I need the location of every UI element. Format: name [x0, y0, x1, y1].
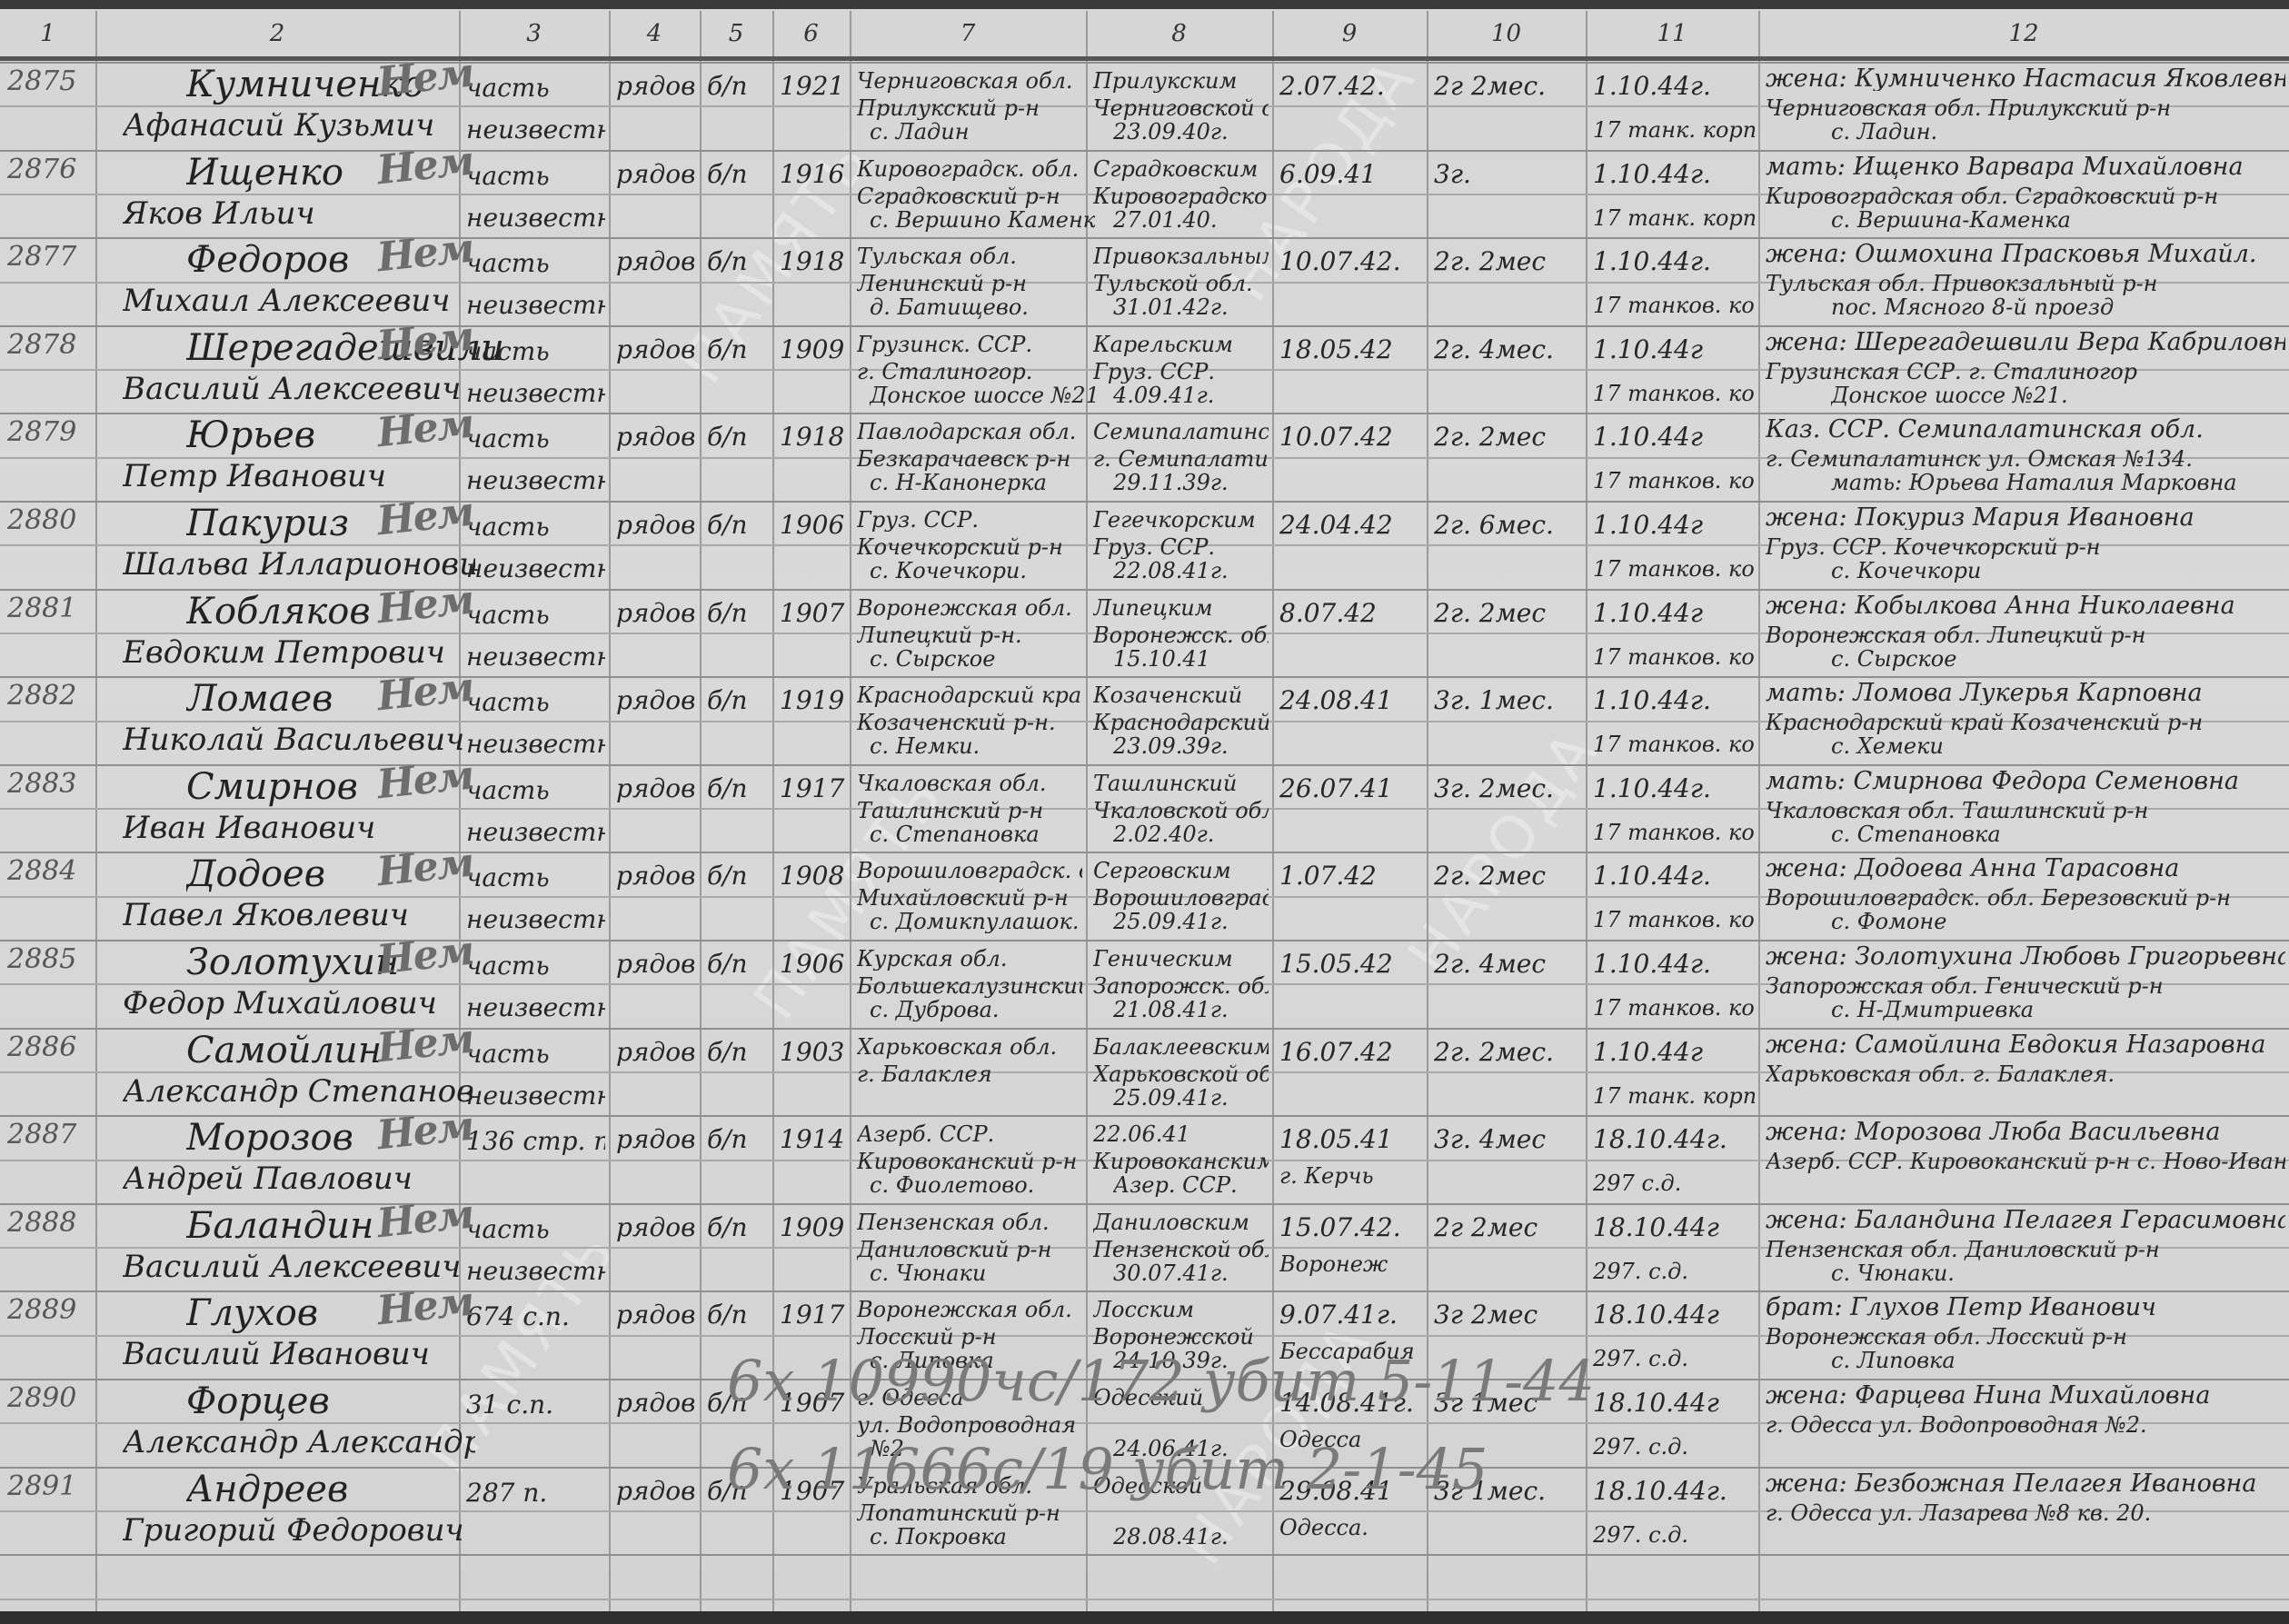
unit: часть	[466, 1039, 605, 1069]
year: 1906.	[780, 949, 846, 979]
given: Григорий Федорович	[123, 1512, 475, 1549]
stamp-mark: Нем	[375, 1015, 475, 1071]
missing-date: 10.07.42	[1279, 422, 1423, 452]
column-number: 12	[1758, 20, 2289, 47]
party: б/п	[707, 159, 769, 189]
family: с. Вершина-Каменка	[1831, 208, 2289, 232]
year: 1907	[780, 598, 846, 628]
num: 2888	[7, 1207, 92, 1239]
drafted: Серговским	[1093, 859, 1269, 882]
unit2: неизвестн.	[466, 1081, 605, 1111]
missing-date: 18.05.41	[1279, 1124, 1423, 1154]
rank: рядов.	[616, 422, 696, 452]
num: 2881	[7, 593, 92, 624]
unit2: неизвестн.	[466, 290, 605, 320]
date-notice: 1.10.44г.	[1593, 71, 1755, 101]
birthplace: с. Ладин	[870, 120, 1095, 144]
family: брат: Глухов Петр Иванович	[1766, 1296, 2285, 1320]
drafted: Груз. ССР.	[1093, 360, 1269, 384]
notice-unit: 297 с.д.	[1593, 1171, 1755, 1195]
table-row: 2887МорозовАндрей Павлович136 стр. п.ряд…	[0, 1115, 2289, 1203]
year: 1919.	[780, 685, 846, 715]
drafted: 23.09.39г.	[1113, 734, 1289, 758]
notice-unit: 17 танков. корпус	[1593, 382, 1755, 405]
birthplace: Пензенская обл.	[857, 1211, 1082, 1234]
drafted: Тульской обл.	[1093, 272, 1269, 295]
party: б/п	[707, 1037, 769, 1067]
drafted: Запорожск. обл.	[1093, 974, 1269, 998]
rank: рядов.	[616, 159, 696, 189]
column-number: 5	[700, 20, 772, 47]
family: с. Хемеки	[1831, 734, 2289, 758]
missing-place: Воронеж	[1279, 1252, 1423, 1276]
unit: часть	[466, 951, 605, 981]
family: с. Н-Дмитриевка	[1831, 998, 2289, 1021]
notice-unit: 297. с.д.	[1593, 1435, 1755, 1459]
drafted: Краснодарский кр.	[1093, 711, 1269, 734]
no-letters: 2г. 4мес	[1434, 949, 1582, 979]
birthplace: г. Балаклея	[857, 1062, 1082, 1086]
notice-unit: 17 танков. корп.	[1593, 294, 1755, 317]
family: жена: Безбожная Пелагея Ивановна	[1766, 1472, 2285, 1496]
missing-date: 24.04.42	[1279, 510, 1423, 540]
family: жена: Фарцева Нина Михайловна	[1766, 1384, 2285, 1408]
column-number: 4	[609, 20, 700, 47]
family: Пензенская обл. Даниловский р-н	[1766, 1238, 2285, 1261]
given: Николай Васильевич	[123, 722, 475, 758]
party: б/п	[707, 949, 769, 979]
birthplace: Кочечкорский р-н	[857, 535, 1082, 559]
date-notice: 18.10.44г	[1593, 1212, 1755, 1242]
stamp-mark: Нем	[375, 137, 475, 194]
notice-unit: 17 танков. корп.	[1593, 821, 1755, 844]
pencil-annotation: 6х 11666с/19 убит 2-1-45	[727, 1436, 1488, 1502]
party: б/п	[707, 334, 769, 364]
birthplace: Большекалузинский р-н	[857, 974, 1082, 998]
unit: 136 стр. п.	[466, 1126, 605, 1156]
given: Василий Алексеевич	[123, 1249, 475, 1285]
no-letters: 3г. 1мес.	[1434, 685, 1582, 715]
drafted: Даниловским	[1093, 1211, 1269, 1234]
rank: рядов.	[616, 773, 696, 803]
no-letters: 3г 2мес	[1434, 1300, 1582, 1330]
missing-date: 9.07.41г.	[1279, 1300, 1423, 1330]
drafted: 23.09.40г.	[1113, 120, 1289, 144]
num: 2876	[7, 154, 92, 185]
no-letters: 3г. 2мес.	[1434, 773, 1582, 803]
birthplace: Груз. ССР.	[857, 508, 1082, 532]
missing-date: 8.07.42	[1279, 598, 1423, 628]
birthplace: с. Домикпулашок.	[870, 910, 1095, 933]
birthplace: Тульская обл.	[857, 244, 1082, 268]
birthplace: Лопатинский р-н	[857, 1501, 1082, 1525]
family: жена: Покуриз Мария Ивановна	[1766, 506, 2285, 530]
unit: часть	[466, 423, 605, 453]
table-row: 2881КобляковЕвдоким Петровиччастьнеизвес…	[0, 589, 2289, 677]
drafted: 21.08.41г.	[1113, 998, 1289, 1021]
year: 1909.	[780, 334, 846, 364]
given: Федор Михайлович	[123, 985, 475, 1021]
pencil-annotation: 6х 10990чс/172 убит 5-11-44	[727, 1348, 1595, 1414]
party: б/п	[707, 1124, 769, 1154]
family: Воронежская обл. Липецкий р-н	[1766, 623, 2285, 647]
birthplace: с. Покровка	[870, 1525, 1095, 1549]
given: Александр Александров.	[123, 1424, 475, 1460]
birthplace: Краснодарский край	[857, 683, 1082, 707]
family: жена: Шерегадешвили Вера Кабриловна	[1766, 331, 2285, 354]
drafted: Геническим	[1093, 947, 1269, 971]
stamp-mark: Нем	[375, 752, 475, 808]
drafted: Липецким	[1093, 596, 1269, 620]
subrow-divider	[0, 1599, 2289, 1600]
unit: 287 п.	[466, 1478, 605, 1508]
birthplace: с. Степановка	[870, 822, 1095, 846]
birthplace: с. Вершино Каменка	[870, 208, 1095, 232]
table-row: 2879ЮрьевПетр Ивановиччастьнеизвестн.ряд…	[0, 413, 2289, 501]
birthplace: Черниговская обл.	[857, 69, 1082, 93]
family: Чкаловская обл. Ташлинский р-н	[1766, 799, 2285, 822]
unit: часть	[466, 248, 605, 278]
birthplace: Лосский р-н	[857, 1325, 1082, 1349]
family: Кировоградская обл. Сградковский р-н	[1766, 184, 2285, 208]
drafted: Сградковским	[1093, 157, 1269, 181]
birthplace: Харьковская обл.	[857, 1035, 1082, 1059]
table-row: 2888БаландинВасилий Алексеевиччастьнеизв…	[0, 1203, 2289, 1291]
party: б/п	[707, 246, 769, 276]
notice-unit: 17 танков. корп.	[1593, 732, 1755, 756]
family: жена: Ошмохина Прасковья Михайл.	[1766, 243, 2285, 266]
notice-unit: 297. с.д.	[1593, 1260, 1755, 1283]
given: Петр Иванович	[123, 458, 475, 494]
drafted: 22.06.41	[1093, 1122, 1269, 1146]
given: Шальва Илларионович	[123, 546, 475, 583]
birthplace: Прилукский р-н	[857, 96, 1082, 120]
missing-date: 10.07.42.	[1279, 246, 1423, 276]
drafted: Семипалатинск.	[1093, 420, 1269, 443]
year: 1918	[780, 246, 846, 276]
drafted: Козаченский	[1093, 683, 1269, 707]
no-letters: 2г. 2мес	[1434, 246, 1582, 276]
family: мать: Смирнова Федора Семеновна	[1766, 770, 2285, 793]
no-letters: 2г. 4мес.	[1434, 334, 1582, 364]
birthplace: г. Сталиногор.	[857, 360, 1082, 384]
drafted: 29.11.39г.	[1113, 471, 1289, 494]
drafted: Пензенской обл.	[1093, 1238, 1269, 1261]
birthplace: с. Немки.	[870, 734, 1095, 758]
no-letters: 3г.	[1434, 159, 1582, 189]
family: Воронежская обл. Лосский р-н	[1766, 1325, 2285, 1349]
rank: рядов.	[616, 1124, 696, 1154]
date-notice: 1.10.44г.	[1593, 685, 1755, 715]
table-row: 2886СамойлинАлександр Степановиччастьнеи…	[0, 1028, 2289, 1116]
year: 1908.	[780, 861, 846, 891]
drafted: г. Семипалатинск	[1093, 447, 1269, 471]
no-letters: 2г. 2мес	[1434, 422, 1582, 452]
missing-place: Одесса.	[1279, 1516, 1423, 1539]
date-notice: 1.10.44г.	[1593, 159, 1755, 189]
no-letters: 2г. 6мес.	[1434, 510, 1582, 540]
drafted: Харьковской обл.	[1093, 1062, 1269, 1086]
birthplace: с. Фиолетово.	[870, 1173, 1095, 1197]
family: жена: Морозова Люба Васильевна	[1766, 1121, 2285, 1144]
family: Ворошиловградск. обл. Березовский р-н	[1766, 886, 2285, 910]
drafted: 25.09.41г.	[1113, 910, 1289, 933]
date-notice: 1.10.44г	[1593, 510, 1755, 540]
birthplace: Ворошиловградск. обл.	[857, 859, 1082, 882]
birthplace: Михайловский р-н	[857, 886, 1082, 910]
family: г. Одесса ул. Водопроводная №2.	[1766, 1413, 2285, 1437]
unit2: неизвестн.	[466, 203, 605, 233]
table-row: 2885ЗолотухинФедор Михайловиччастьнеизве…	[0, 940, 2289, 1028]
rank: рядов.	[616, 1212, 696, 1242]
family: с. Кочечкори	[1831, 559, 2289, 583]
missing-date: 24.08.41	[1279, 685, 1423, 715]
unit2: неизвестн.	[466, 553, 605, 583]
unit: часть	[466, 687, 605, 717]
given: Александр Степанович	[123, 1073, 475, 1110]
party: б/п	[707, 510, 769, 540]
rank: рядов.	[616, 510, 696, 540]
birthplace: ул. Водопроводная	[857, 1413, 1082, 1437]
num: 2889	[7, 1294, 92, 1326]
num: 2880	[7, 504, 92, 536]
date-notice: 18.10.44г.	[1593, 1124, 1755, 1154]
party: б/п	[707, 422, 769, 452]
notice-unit: 17 танков. корп.	[1593, 908, 1755, 932]
unit: часть	[466, 73, 605, 103]
missing-date: 16.07.42	[1279, 1037, 1423, 1067]
table-row: 2876ИщенкоЯков Ильиччастьнеизвестн.рядов…	[0, 150, 2289, 238]
unit: 674 с.п.	[466, 1301, 605, 1331]
num: 2887	[7, 1119, 92, 1151]
unit2: неизвестн.	[466, 465, 605, 495]
family: жена: Самойлина Евдокия Назаровна	[1766, 1033, 2285, 1057]
rank: рядов.	[616, 1300, 696, 1330]
unit2: неизвестн.	[466, 992, 605, 1022]
family: пос. Мясного 8-й проезд	[1831, 295, 2289, 319]
party: б/п	[707, 861, 769, 891]
rank: рядов.	[616, 1388, 696, 1418]
notice-unit: 297. с.д.	[1593, 1347, 1755, 1370]
drafted: Привокзальным	[1093, 244, 1269, 268]
year: 1917	[780, 1300, 846, 1330]
family: жена: Додоева Анна Тарасовна	[1766, 857, 2285, 881]
date-notice: 1.10.44г	[1593, 598, 1755, 628]
date-notice: 1.10.44г	[1593, 1037, 1755, 1067]
date-notice: 18.10.44г	[1593, 1300, 1755, 1330]
date-notice: 1.10.44г.	[1593, 246, 1755, 276]
family: с. Чюнаки.	[1831, 1261, 2289, 1285]
drafted: Прилукским	[1093, 69, 1269, 93]
num: 2883	[7, 768, 92, 800]
rank: рядов.	[616, 861, 696, 891]
birthplace: Даниловский р-н	[857, 1238, 1082, 1261]
column-number: 8	[1086, 20, 1272, 47]
rank: рядов.	[616, 1037, 696, 1067]
table-row: 2878ШерегадешвилиВасилий Алексеевиччасть…	[0, 325, 2289, 413]
birthplace: Ленинский р-н	[857, 272, 1082, 295]
unit: часть	[466, 1214, 605, 1244]
num: 2877	[7, 241, 92, 273]
column-number: 6	[772, 20, 850, 47]
drafted: 30.07.41г.	[1113, 1261, 1289, 1285]
scan-edge-top	[0, 0, 2289, 9]
unit2: неизвестн.	[466, 817, 605, 847]
drafted: 22.08.41г.	[1113, 559, 1289, 583]
column-number: 7	[850, 20, 1086, 47]
table-row: 2884ДодоевПавел Яковлевиччастьнеизвестн.…	[0, 852, 2289, 940]
given: Яков Ильич	[123, 195, 475, 232]
unit2: неизвестн.	[466, 378, 605, 408]
num: 2882	[7, 680, 92, 712]
drafted: Воронежск. обл.	[1093, 623, 1269, 647]
family: Азерб. ССР. Кировоканский р-н с. Ново-Ив…	[1766, 1150, 2285, 1173]
drafted: Черниговской обл.	[1093, 96, 1269, 120]
no-letters: 2г. 2мес	[1434, 598, 1582, 628]
given: Андрей Павлович	[123, 1161, 475, 1197]
birthplace: с. Кочечкори.	[870, 559, 1095, 583]
notice-unit: 17 танк. корпус	[1593, 206, 1755, 230]
drafted: 15.10.41	[1113, 647, 1289, 671]
year: 1917	[780, 773, 846, 803]
drafted: 2.02.40г.	[1113, 822, 1289, 846]
family: Запорожская обл. Генический р-н	[1766, 974, 2285, 998]
birthplace: с. Чюнаки	[870, 1261, 1095, 1285]
header-divider	[0, 56, 2289, 61]
num: 2886	[7, 1031, 92, 1063]
missing-date: 6.09.41	[1279, 159, 1423, 189]
party: б/п	[707, 1212, 769, 1242]
birthplace: Воронежская обл.	[857, 596, 1082, 620]
unit: часть	[466, 862, 605, 892]
column-number: 11	[1586, 20, 1758, 47]
num: 2890	[7, 1382, 92, 1414]
drafted: Чкаловской обл.	[1093, 799, 1269, 822]
unit: часть	[466, 775, 605, 805]
notice-unit: 17 танков. корп.	[1593, 469, 1755, 493]
drafted: Балаклеевским	[1093, 1035, 1269, 1059]
drafted: Груз. ССР.	[1093, 535, 1269, 559]
date-notice: 1.10.44г.	[1593, 861, 1755, 891]
rank: рядов.	[616, 685, 696, 715]
year: 1916	[780, 159, 846, 189]
family: г. Одесса ул. Лазарева №8 кв. 20.	[1766, 1501, 2285, 1525]
birthplace: Козаченский р-н.	[857, 711, 1082, 734]
birthplace: Павлодарская обл.	[857, 420, 1082, 443]
rank: рядов.	[616, 246, 696, 276]
rank: рядов.	[616, 949, 696, 979]
family: Тульская обл. Привокзальный р-н	[1766, 272, 2285, 295]
rank: рядов.	[616, 1476, 696, 1506]
given: Василий Алексеевич	[123, 371, 475, 407]
unit: часть	[466, 600, 605, 630]
given: Михаил Алексеевич	[123, 283, 475, 319]
birthplace: Азерб. ССР.	[857, 1122, 1082, 1146]
num: 2875	[7, 65, 92, 97]
drafted: Кировоканским	[1093, 1150, 1269, 1173]
table-row: 2880ПакуризШальва Илларионовиччастьнеизв…	[0, 501, 2289, 589]
birthplace: Липецкий р-н.	[857, 623, 1082, 647]
drafted: Ворошиловградс.	[1093, 886, 1269, 910]
party: б/п	[707, 773, 769, 803]
drafted: Гегечкорским	[1093, 508, 1269, 532]
unit: часть	[466, 161, 605, 191]
notice-unit: 17 танков. корп.	[1593, 645, 1755, 669]
no-letters: 2г 2мес.	[1434, 71, 1582, 101]
year: 1906	[780, 510, 846, 540]
table-row: 2877ФедоровМихаил Алексеевиччастьнеизвес…	[0, 237, 2289, 325]
rank: рядов.	[616, 71, 696, 101]
table-row: 2875КумниченкоАфанасий Кузьмиччастьнеизв…	[0, 62, 2289, 150]
num: 2891	[7, 1470, 92, 1502]
birthplace: Кировоградск. обл.	[857, 157, 1082, 181]
party: б/п	[707, 685, 769, 715]
given: Иван Иванович	[123, 810, 475, 846]
notice-unit: 297. с.д.	[1593, 1523, 1755, 1547]
missing-place: г. Керчь	[1279, 1164, 1423, 1188]
date-notice: 18.10.44г	[1593, 1388, 1755, 1418]
unit: 31 с.п.	[466, 1390, 605, 1420]
date-notice: 1.10.44г.	[1593, 949, 1755, 979]
year: 1914	[780, 1124, 846, 1154]
family: г. Семипалатинск ул. Омская №134.	[1766, 447, 2285, 471]
date-notice: 1.10.44г	[1593, 334, 1755, 364]
family: Каз. ССР. Семипалатинская обл.	[1766, 418, 2285, 442]
drafted: Воронежской	[1093, 1325, 1269, 1349]
birthplace: Воронежская обл.	[857, 1298, 1082, 1321]
party: б/п	[707, 1300, 769, 1330]
family: жена: Золотухина Любовь Григорьевна	[1766, 945, 2285, 969]
table-row: 2882ЛомаевНиколай Васильевиччастьнеизвес…	[0, 676, 2289, 764]
party: б/п	[707, 71, 769, 101]
family: с. Фомоне	[1831, 910, 2289, 933]
no-letters: 2г 2мес	[1434, 1212, 1582, 1242]
missing-date: 2.07.42.	[1279, 71, 1423, 101]
notice-unit: 17 танков. корп.	[1593, 557, 1755, 581]
given: Афанасий Кузьмич	[123, 107, 475, 144]
unit2: неизвестн.	[466, 115, 605, 144]
family: жена: Кобылкова Анна Николаевна	[1766, 594, 2285, 618]
drafted: Ташлинский	[1093, 772, 1269, 795]
family: мать: Ломова Лукерья Карповна	[1766, 682, 2285, 705]
num: 2885	[7, 943, 92, 975]
drafted: 27.01.40.	[1113, 208, 1289, 232]
column-number: 3	[459, 20, 609, 47]
unit: часть	[466, 512, 605, 542]
no-letters: 3г. 4мес	[1434, 1124, 1582, 1154]
table-row: 2883СмирновИван Ивановиччастьнеизвестн.р…	[0, 764, 2289, 852]
rank: рядов.	[616, 598, 696, 628]
drafted: Азер. ССР.	[1113, 1173, 1289, 1197]
given: Евдоким Петрович	[123, 634, 475, 671]
given: Павел Яковлевич	[123, 897, 475, 933]
year: 1903.	[780, 1037, 846, 1067]
scan-edge-bottom	[0, 1611, 2289, 1624]
stamp-mark: Нем	[375, 1191, 475, 1247]
missing-date: 15.07.42.	[1279, 1212, 1423, 1242]
num: 2884	[7, 855, 92, 887]
column-number: 2	[95, 20, 459, 47]
birthplace: Кировоканский р-н	[857, 1150, 1082, 1173]
no-letters: 2г. 2мес	[1434, 861, 1582, 891]
no-letters: 2г. 2мес.	[1434, 1037, 1582, 1067]
year: 1918.	[780, 422, 846, 452]
rank: рядов.	[616, 334, 696, 364]
num: 2879	[7, 416, 92, 448]
family: Груз. ССР. Кочечкорский р-н	[1766, 535, 2285, 559]
drafted: Лосским	[1093, 1298, 1269, 1321]
notice-unit: 17 танк. корпус	[1593, 118, 1755, 142]
